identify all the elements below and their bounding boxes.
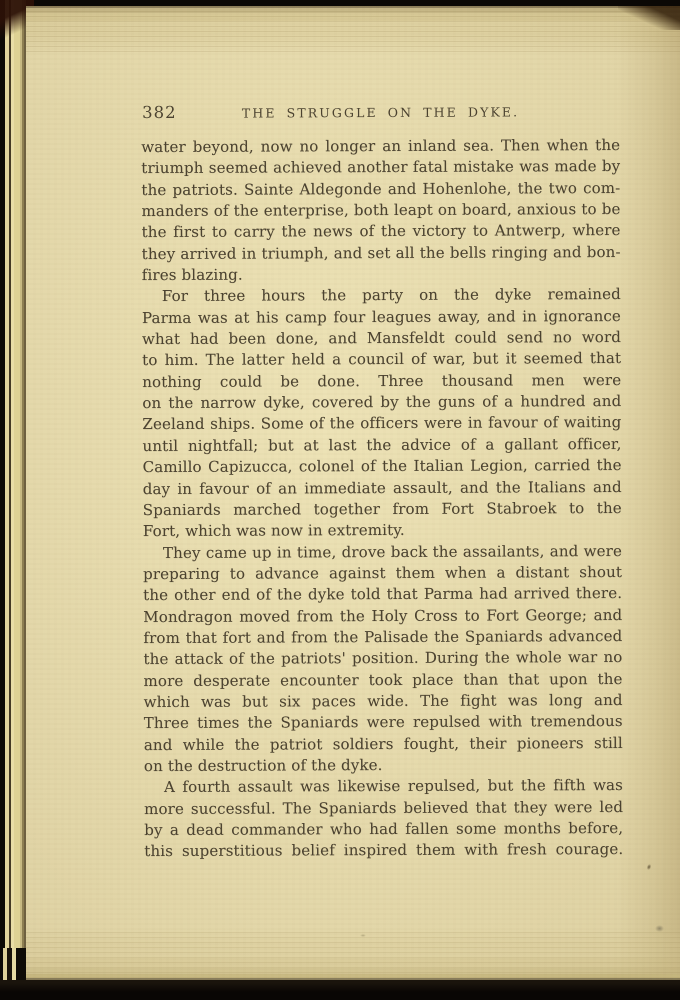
book-left-page-edges <box>0 0 26 982</box>
page-body: water beyond, now no longer an inland se… <box>141 135 623 863</box>
scan-speck <box>655 925 664 932</box>
text-line: the patriots. Sainte Aldegonde and Hohen… <box>141 178 620 201</box>
text-line: the first to carry the news of the victo… <box>142 220 621 243</box>
text-line: this superstitious belief inspired them … <box>144 839 623 862</box>
text-line: For three hours the party on the dyke re… <box>142 284 621 307</box>
text-line: by a dead commander who had fallen some … <box>144 818 623 841</box>
text-line: until nightfall; but at last the advice … <box>142 434 621 457</box>
text-line: to him. The latter held a council of war… <box>142 348 621 371</box>
text-line: Spaniards marched together from Fort Sta… <box>143 498 622 521</box>
text-line: manders of the enterprise, both leapt on… <box>141 199 620 222</box>
book-scan-photo: 382 THE STRUGGLE ON THE DYKE. water beyo… <box>0 0 680 1000</box>
text-line: They came up in time, drove back the ass… <box>143 540 622 563</box>
paragraph: water beyond, now no longer an inland se… <box>141 135 621 286</box>
text-line: what had been done, and Mansfeldt could … <box>142 327 621 350</box>
text-line: preparing to advance against them when a… <box>143 562 622 585</box>
paragraph: They came up in time, drove back the ass… <box>143 540 623 777</box>
running-header: THE STRUGGLE ON THE DYKE. <box>141 100 620 121</box>
photo-background-bottom <box>0 980 680 1000</box>
paragraph: A fourth assault was likewise repulsed, … <box>144 775 623 862</box>
page-edge-bottom-bands <box>26 928 680 980</box>
page-header: 382 THE STRUGGLE ON THE DYKE. <box>141 100 620 137</box>
paragraph: For three hours the party on the dyke re… <box>142 284 622 542</box>
page-content: 382 THE STRUGGLE ON THE DYKE. water beyo… <box>141 100 623 863</box>
text-line: A fourth assault was likewise repulsed, … <box>144 775 623 798</box>
text-line: which was but six paces wide. The fight … <box>144 690 623 713</box>
text-line: on the narrow dyke, covered by the guns … <box>142 391 621 414</box>
text-line: Zeeland ships. Some of the officers were… <box>142 412 621 435</box>
text-line: they arrived in triumph, and set all the… <box>142 242 621 265</box>
scan-speck <box>360 934 366 937</box>
text-line: the other end of the dyke told that Parm… <box>143 583 622 606</box>
text-line: the attack of the patriots' position. Du… <box>143 647 622 670</box>
text-line: from that fort and from the Palisade the… <box>143 626 622 649</box>
text-line: water beyond, now no longer an inland se… <box>141 135 620 158</box>
page-number: 382 <box>142 103 177 122</box>
text-line: Mondragon moved from the Holy Cross to F… <box>143 605 622 628</box>
text-line: Camillo Capizucca, colonel of the Italia… <box>143 455 622 478</box>
text-line: triumph seemed achieved another fatal mi… <box>141 156 620 179</box>
text-line: nothing could be done. Three thousand me… <box>142 370 621 393</box>
text-line: more desperate encounter took place than… <box>143 669 622 692</box>
text-line: and while the patriot soldiers fought, t… <box>144 733 623 756</box>
text-line: day in favour of an immediate assault, a… <box>143 476 622 499</box>
text-line: fires blazing. <box>142 263 621 286</box>
page-edge-top-bands <box>26 6 680 54</box>
text-line: Parma was at his camp four leagues away,… <box>142 306 621 329</box>
text-line: Three times the Spaniards were repulsed … <box>144 711 623 734</box>
text-line: more successful. The Spaniards believed … <box>144 797 623 820</box>
book-left-edge-bottom <box>0 948 26 982</box>
text-line: on the destruction of the dyke. <box>144 754 623 777</box>
text-line: Fort, which was now in extremity. <box>143 519 622 542</box>
page-corner-top-right-shadow <box>618 6 680 30</box>
